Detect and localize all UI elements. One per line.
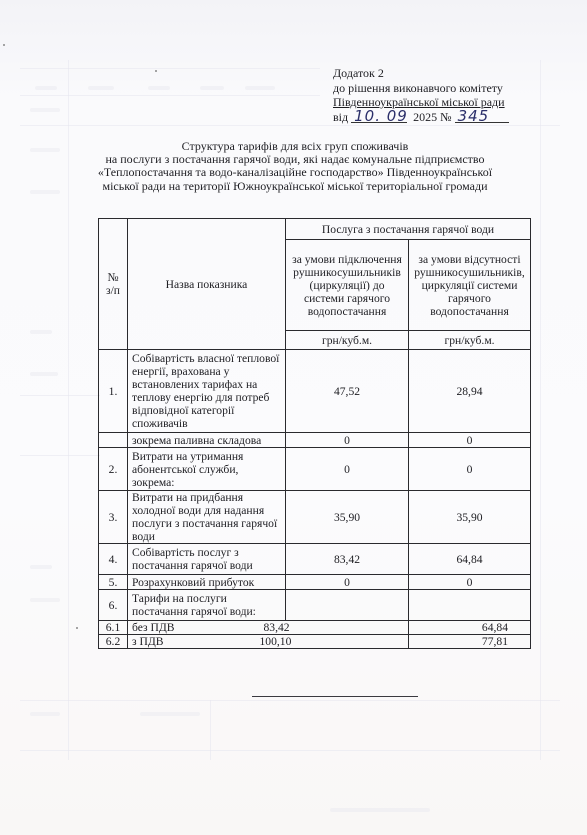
bleed-through-mark [30,372,58,376]
row-value-1: 83,42 [286,621,409,635]
bleed-through-mark [148,86,170,90]
handwritten-date: 10. 09 [351,110,407,123]
row-number: 4. [99,544,128,575]
bleed-through-mark [30,148,60,152]
table-row: 4. Собівартість послуг з постачання гаря… [99,544,531,575]
header-col-without-circulation: за умови відсутності рушникосушильників,… [409,240,531,331]
row-name: Витрати на утримання абонентської служби… [128,448,286,491]
row-value-1: 0 [286,448,409,491]
row-value-1 [286,590,409,621]
table-row: 6.1 без ПДВ 83,42 64,84 [99,621,531,635]
handwritten-number: 345 [455,110,509,123]
row-number: 6. [99,590,128,621]
bleed-through-line [20,750,560,751]
row-value-2: 0 [409,448,531,491]
row-name: Собівартість послуг з постачання гарячої… [128,544,286,575]
scan-speck [76,627,78,629]
bleed-through-mark [35,86,57,90]
bleed-through-mark [245,86,275,90]
header-col-with-circulation: за умови підключення рушникосушильників … [286,240,409,331]
row-name: зокрема паливна складова [128,433,286,448]
row-value-2: 64,84 [409,544,531,575]
year-number-label: 2025 № [413,110,451,124]
row-value-1: 0 [286,575,409,590]
bleed-through-mark [88,86,114,90]
bleed-through-mark [200,86,224,90]
bleed-through-mark [30,712,60,716]
bleed-through-line [210,700,211,760]
row-value-1: 83,42 [286,544,409,575]
annex-date-line: від 10. 09 2025 № 345 [333,110,563,125]
bleed-through-line [20,68,320,69]
document-title: Структура тарифів для всіх груп споживач… [60,140,530,193]
row-value-2: 28,94 [409,350,531,433]
table-row: 2. Витрати на утримання абонентської слу… [99,448,531,491]
header-row-service: № з/п Назва показника Послуга з постачан… [99,219,531,240]
annex-title: Додаток 2 [333,66,563,81]
row-value-1: 47,52 [286,350,409,433]
row-number: 2. [99,448,128,491]
bleed-through-mark [30,565,52,569]
row-value-1: 100,10 [286,635,409,649]
row-number: 1. [99,350,128,433]
header-unit-1: грн/куб.м. [286,331,409,350]
table-row: 6. Тарифи на послуги постачання гарячої … [99,590,531,621]
row-value-2 [409,590,531,621]
bleed-through-mark [30,190,60,194]
title-line-3: «Теплопостачання та водо-каналізаційне г… [60,166,530,179]
row-number: 3. [99,491,128,544]
bleed-through-line [20,395,100,396]
bleed-through-mark [30,330,52,334]
annex-header: Додаток 2 до рішення виконавчого комітет… [333,66,563,124]
signature-line [252,696,418,697]
row-name: Витрати на придбання холодної води для н… [128,491,286,544]
scanned-page: Додаток 2 до рішення виконавчого комітет… [0,0,587,835]
bleed-through-mark [30,598,60,602]
bleed-through-line [20,700,560,701]
header-service-group: Послуга з постачання гарячої води [286,219,531,240]
row-name: Розрахунковий прибуток [128,575,286,590]
value-text: 83,42 [264,621,290,634]
bleed-through-mark [330,808,430,812]
row-number: 6.1 [99,621,128,635]
row-value-2: 77,81 [409,635,531,649]
row-value-1: 0 [286,433,409,448]
header-name: Назва показника [128,219,286,350]
row-value-2: 35,90 [409,491,531,544]
row-number [99,433,128,448]
table-row: зокрема паливна складова 0 0 [99,433,531,448]
annex-line-decision: до рішення виконавчого комітету [333,81,563,96]
bleed-through-line [20,455,100,456]
row-name: без ПДВ [128,621,286,635]
tariff-table: № з/п Назва показника Послуга з постачан… [98,218,531,649]
bleed-through-line [20,95,320,96]
table-row: 5. Розрахунковий прибуток 0 0 [99,575,531,590]
date-prefix: від [333,110,348,124]
row-value-1: 35,90 [286,491,409,544]
title-line-4: міської ради на території Южноукраїнсько… [60,180,530,193]
table-row: 1. Собівартість власної теплової енергії… [99,350,531,433]
table-row: 3. Витрати на придбання холодної води дл… [99,491,531,544]
scan-speck [155,70,157,72]
row-number: 5. [99,575,128,590]
row-value-2: 0 [409,433,531,448]
row-name: Собівартість власної теплової енергії, в… [128,350,286,433]
row-value-2: 0 [409,575,531,590]
table-row: 6.2 з ПДВ 100,10 77,81 [99,635,531,649]
bleed-through-mark [140,712,200,716]
bleed-through-line [20,125,560,126]
row-number: 6.2 [99,635,128,649]
bleed-through-mark [30,108,60,112]
scan-speck [3,44,5,46]
header-unit-2: грн/куб.м. [409,331,531,350]
value-text: 100,10 [260,635,292,648]
header-number: № з/п [99,219,128,350]
row-name: Тарифи на послуги постачання гарячої вод… [128,590,286,621]
row-value-2: 64,84 [409,621,531,635]
bleed-through-line [540,60,541,760]
